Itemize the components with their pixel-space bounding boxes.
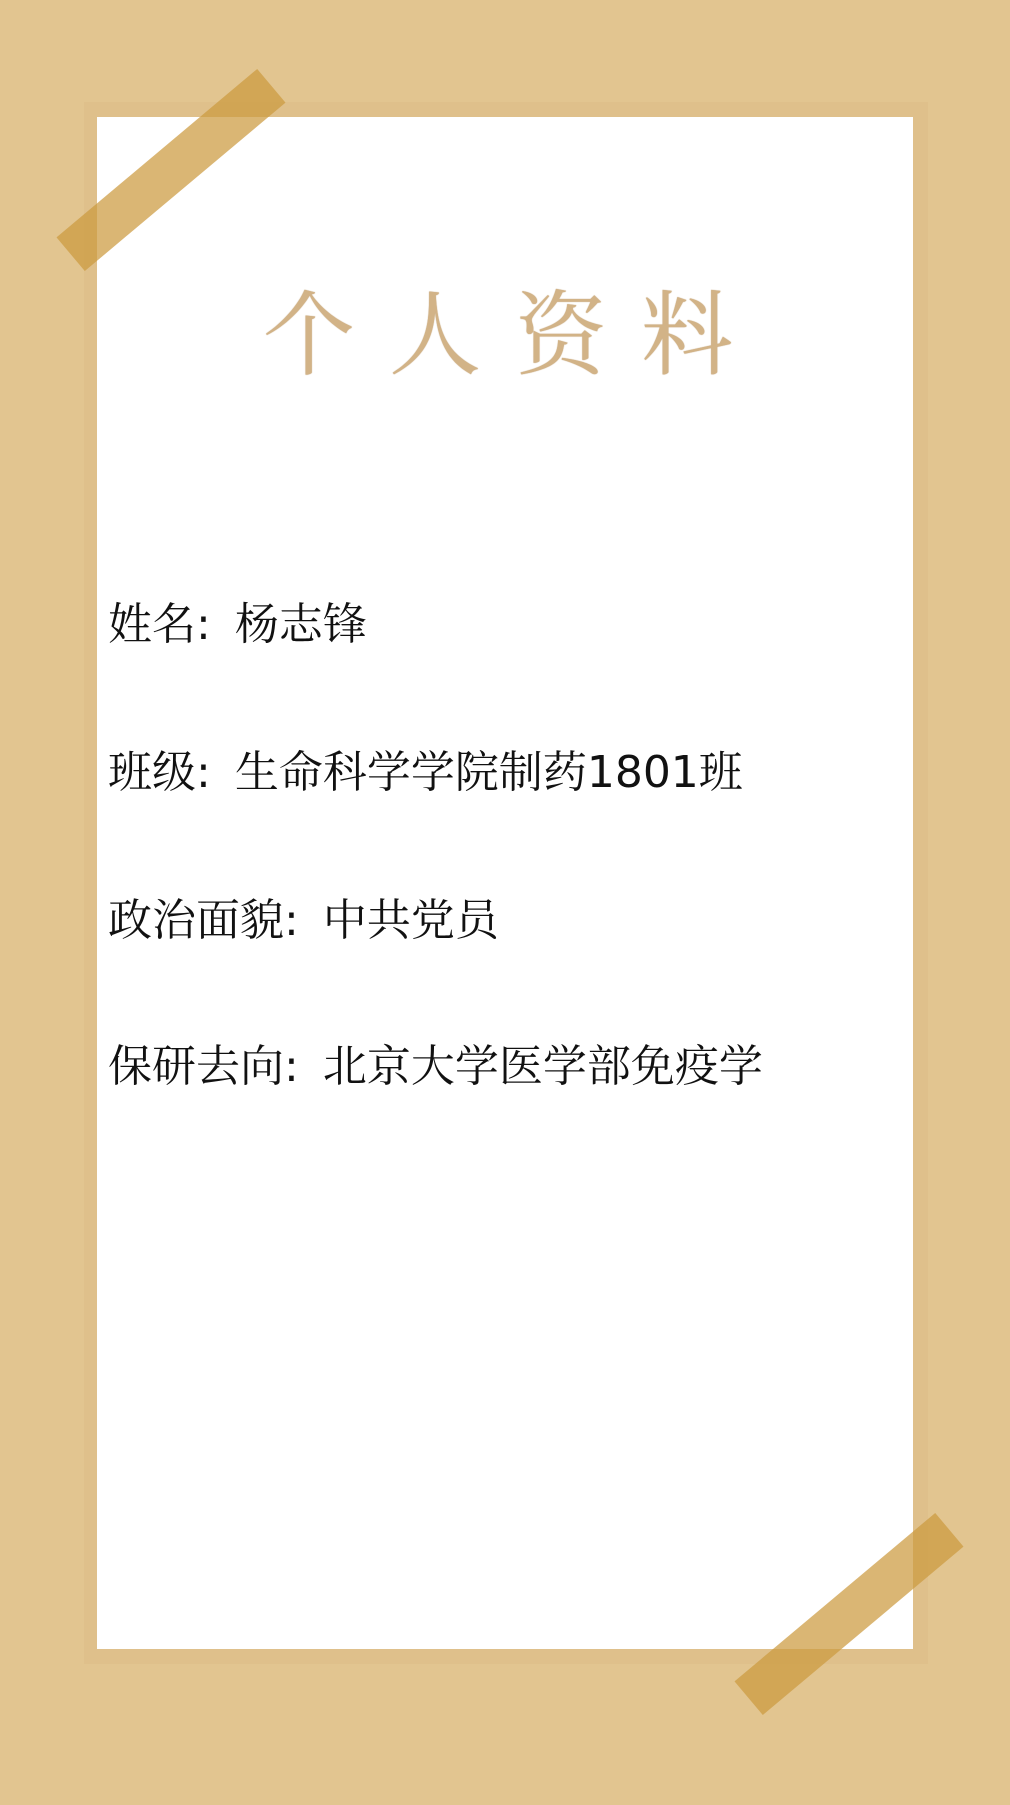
field-separator: :: [196, 747, 211, 798]
field-value: 中共党员: [323, 895, 499, 946]
field-label: 班级: [108, 747, 196, 798]
field-name: 姓名:杨志锋: [108, 588, 367, 652]
page-title: 个人资料: [0, 262, 1010, 394]
field-political-status: 政治面貌:中共党员: [108, 884, 499, 948]
field-separator: :: [284, 895, 299, 946]
field-label: 姓名: [108, 599, 196, 650]
field-label: 政治面貌: [108, 895, 284, 946]
field-value: 生命科学学院制药1801班: [235, 747, 743, 798]
field-separator: :: [196, 599, 211, 650]
field-value: 北京大学医学部免疫学: [323, 1041, 763, 1092]
field-label: 保研去向: [108, 1041, 284, 1092]
field-graduate-destination: 保研去向:北京大学医学部免疫学: [108, 1030, 763, 1094]
field-separator: :: [284, 1041, 299, 1092]
field-class: 班级:生命科学学院制药1801班: [108, 736, 743, 800]
field-value: 杨志锋: [235, 599, 367, 650]
